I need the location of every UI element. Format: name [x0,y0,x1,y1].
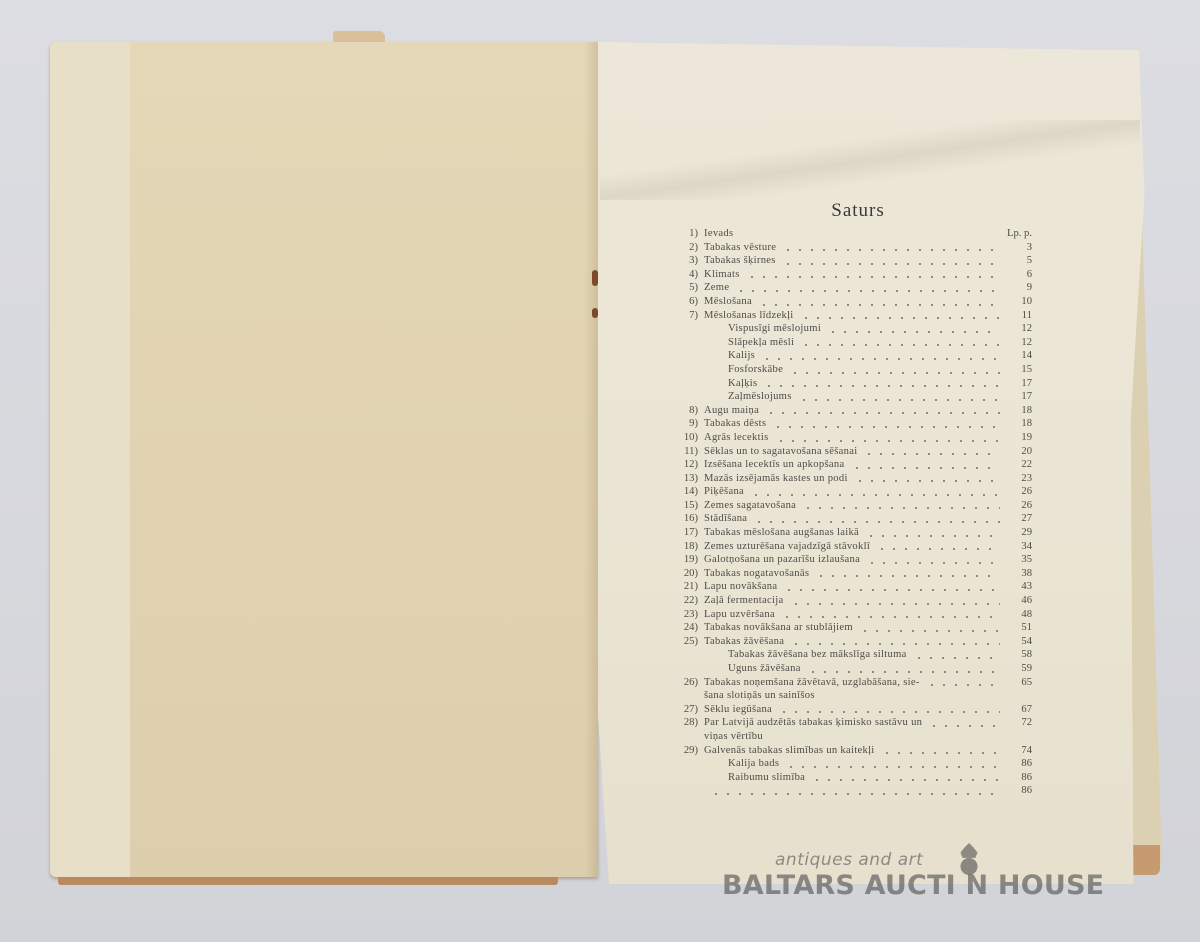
toc-entry: Kalijs14 [672,349,1032,363]
toc-entry-title: Tabakas žāvēšana bez mākslīga siltuma [704,648,907,662]
toc-entry-page: 59 [1006,662,1032,676]
toc-entry: Kalija bads86 [672,757,1032,771]
toc-entry-number: 9) [672,417,704,431]
toc-entry-page: 9 [1006,281,1032,295]
toc-entry-page: 12 [1006,322,1032,336]
toc-entry-title: Tabakas noņemšana žāvētavā, uzglabāšana,… [704,676,920,690]
toc-entry-title: Zaļā fermentacija [704,594,784,608]
leader-dots [811,779,1000,781]
toc-entry-title: Zeme [704,281,729,295]
toc-entry: 4)Klimats6 [672,268,1032,282]
toc-entry: 14)Piķēšana26 [672,485,1032,499]
toc-entry: Tabakas žāvēšana bez mākslīga siltuma58 [672,648,1032,662]
toc-entry: 22)Zaļā fermentacija46 [672,594,1032,608]
toc-entry-page: 38 [1006,567,1032,581]
leader-dots [913,657,1000,659]
toc-entry-title: Lapu uzvēršana [704,608,775,622]
toc-entry-title: Mēslošanas līdzekļi [704,309,794,323]
toc-entry-number: 16) [672,512,704,526]
toc-entry: Fosforskābe15 [672,363,1032,377]
leader-dots [851,467,1001,469]
leader-dots [863,453,1000,455]
toc-entry-page: 22 [1006,458,1032,472]
leader-dots [928,725,1000,727]
toc-entry: 19)Galotņošana un pazarīšu izlaušana35 [672,553,1032,567]
leader-dots [854,480,1000,482]
toc-entry: viņas vērtību [672,730,1032,744]
toc-entry-page: 27 [1006,512,1032,526]
toc-entry: 3)Tabakas šķirnes5 [672,254,1032,268]
toc-entry-page: 72 [1006,716,1032,730]
toc-entry-title: Tabakas dēsts [704,417,766,431]
toc-entry: 1)Ievads [672,227,1032,241]
leader-dots [785,766,1000,768]
toc-entry: 12)Izsēšana lecektīs un apkopšana22 [672,458,1032,472]
toc-entry: 15)Zemes sagatavošana26 [672,499,1032,513]
toc-entry: Kaļķis17 [672,377,1032,391]
rust-stain [592,308,598,318]
leader-dots [789,372,1000,374]
toc-entry-number: 5) [672,281,704,295]
toc-entry-title: Sēklas un to sagatavošana sēšanai [704,445,857,459]
toc-entry-page: 48 [1006,608,1032,622]
toc-entry-number: 23) [672,608,704,622]
toc-entry-page: 20 [1006,445,1032,459]
toc-entry-number: 6) [672,295,704,309]
toc-entry-title: Slāpekļa mēsli [704,336,794,350]
leader-dots [859,630,1000,632]
toc-entry-title: Agrās lecektis [704,431,769,445]
toc-entry-page: 26 [1006,499,1032,513]
leader-dots [881,752,1000,754]
toc-entry-title: Klimats [704,268,740,282]
toc-entry: 2)Tabakas vēsture3 [672,241,1032,255]
toc-entry-number: 19) [672,553,704,567]
toc-entry-title: Zemes uzturēšana vajadzīgā stāvoklī [704,540,870,554]
toc-entry-title: Mēslošana [704,295,752,309]
watermark-tagline: antiques and art [775,850,923,870]
toc-entry-number: 13) [672,472,704,486]
leader-dots [772,426,1000,428]
toc-entry-number: 8) [672,404,704,418]
toc-entry-title: Fosforskābe [704,363,783,377]
toc-entry-number: 27) [672,703,704,717]
toc-entry-title: šana slotiņās un sainīšos [704,689,815,703]
toc-entry-number: 24) [672,621,704,635]
toc-entry-page: 18 [1006,417,1032,431]
toc-entry: 26)Tabakas noņemšana žāvētavā, uzglabāša… [672,676,1032,690]
toc-entry-page: 3 [1006,241,1032,255]
toc-entry-page: 74 [1006,744,1032,758]
toc-entry-number: 7) [672,309,704,323]
toc-entry: Vispusīgi mēslojumi12 [672,322,1032,336]
toc-entry-page: 54 [1006,635,1032,649]
toc-entry: 5)Zeme9 [672,281,1032,295]
toc-entry: 8)Augu maiņa18 [672,404,1032,418]
toc-entry-title: Galotņošana un pazarīšu izlaušana [704,553,860,567]
toc-entry-title: Tabakas nogatavošanās [704,567,809,581]
leader-dots [763,385,1000,387]
toc-entry-title: Kalijs [704,349,755,363]
toc-entry-page: 35 [1006,553,1032,567]
leader-dots [802,507,1000,509]
left-page-margin-strip [50,42,130,877]
page-crease-shadow [600,120,1140,200]
leader-dots [807,671,1000,673]
spine-shadow [584,42,598,877]
leader-dots [926,684,1000,686]
toc-entry-page: 51 [1006,621,1032,635]
toc-entry-number: 21) [672,580,704,594]
toc-entry-title: Galvenās tabakas slimības un kaitekļi [704,744,875,758]
toc-entry: 6)Mēslošana10 [672,295,1032,309]
toc-entry-page: 17 [1006,390,1032,404]
toc-entry: 20)Tabakas nogatavošanās38 [672,567,1032,581]
left-page-blank [50,42,598,877]
toc-entry-page: 19 [1006,431,1032,445]
leader-dots [827,331,1000,333]
cover-bottom-edge [58,877,558,885]
toc-entry-number: 12) [672,458,704,472]
leader-dots [782,263,1000,265]
toc-entry-page: 58 [1006,648,1032,662]
toc-entry: 10)Agrās lecektis19 [672,431,1032,445]
toc-entry-title: Piķēšana [704,485,744,499]
toc-entry-page: 43 [1006,580,1032,594]
toc-entry-page: 5 [1006,254,1032,268]
toc-entry-page: 18 [1006,404,1032,418]
toc-entry-title: Raibumu slimība [704,771,805,785]
leader-dots [798,399,1000,401]
toc-entry: 16)Stādīšana27 [672,512,1032,526]
toc-entry-page: 65 [1006,676,1032,690]
toc-entry-number: 22) [672,594,704,608]
toc-entry: Uguns žāvēšana59 [672,662,1032,676]
toc-entry-title: Tabakas žāvēšana [704,635,784,649]
toc-entry-number: 29) [672,744,704,758]
leader-dots [765,412,1000,414]
toc-entry-page: 17 [1006,377,1032,391]
leader-dots [815,575,1000,577]
toc-entry: Raibumu slimība86 [672,771,1032,785]
toc-entry-number: 26) [672,676,704,690]
toc-entry-title: Ievads [704,227,733,241]
leader-dots [750,494,1000,496]
toc-entry-number: 14) [672,485,704,499]
leader-dots [790,643,1000,645]
leader-dots [746,276,1000,278]
toc-title: Saturs [808,200,908,222]
toc-entry-page: 86 [1006,784,1032,798]
toc-entry-number: 4) [672,268,704,282]
leader-dots [778,711,1000,713]
toc-entry-title: Tabakas mēslošana augšanas laikā [704,526,859,540]
toc-entry-page: 6 [1006,268,1032,282]
leader-dots [876,548,1000,550]
toc-entry-number: 18) [672,540,704,554]
leader-dots [735,290,1000,292]
toc-entry-page: 11 [1006,309,1032,323]
leader-dots [866,562,1000,564]
leader-dots [800,317,1000,319]
toc-entry-page: 14 [1006,349,1032,363]
left-page-body [130,42,598,877]
toc-entry: 7)Mēslošanas līdzekļi11 [672,309,1032,323]
toc-entry: 24)Tabakas novākšana ar stublājiem51 [672,621,1032,635]
toc-entry: 21)Lapu novākšana43 [672,580,1032,594]
toc-entry: 9)Tabakas dēsts18 [672,417,1032,431]
toc-entry-title: Par Latvijā audzētās tabakas ķimisko sas… [704,716,922,730]
watermark-name: BALTARS AUCTI N HOUSE [722,870,1104,901]
toc-entry-page: 86 [1006,757,1032,771]
toc-entry: 29)Galvenās tabakas slimības un kaitekļi… [672,744,1032,758]
table-of-contents: Lp. p. 1)Ievads2)Tabakas vēsture33)Tabak… [672,227,1032,798]
toc-entry: 25)Tabakas žāvēšana54 [672,635,1032,649]
toc-entry-title: Vispusīgi mēslojumi [704,322,821,336]
toc-entry-number: 1) [672,227,704,241]
toc-entry-title: Uguns žāvēšana [704,662,801,676]
toc-entry-page: 67 [1006,703,1032,717]
toc-entry: šana slotiņās un sainīšos [672,689,1032,703]
leader-dots [758,304,1000,306]
toc-entry-number: 25) [672,635,704,649]
toc-entry: 23)Lapu uzvēršana48 [672,608,1032,622]
toc-entry-title: Augu maiņa [704,404,759,418]
rust-stain [592,270,598,286]
toc-entry: Slāpekļa mēsli12 [672,336,1032,350]
toc-entry-title: Tabakas šķirnes [704,254,776,268]
toc-entry-number: 2) [672,241,704,255]
toc-entry-number: 20) [672,567,704,581]
toc-entry-page: 34 [1006,540,1032,554]
leader-dots [753,521,1000,523]
toc-entry-number: 3) [672,254,704,268]
toc-entry: Zaļmēslojums17 [672,390,1032,404]
toc-entry-number: 15) [672,499,704,513]
toc-entry: 11)Sēklas un to sagatavošana sēšanai20 [672,445,1032,459]
leader-dots [710,793,1000,795]
toc-entry-page: 29 [1006,526,1032,540]
toc-entry-title: Mazās izsējamās kastes un podi [704,472,848,486]
toc-entry: 17)Tabakas mēslošana augšanas laikā29 [672,526,1032,540]
leader-dots [781,616,1000,618]
leader-dots [790,603,1001,605]
toc-entry: 27)Sēklu iegūšana67 [672,703,1032,717]
toc-entry-title: Zemes sagatavošana [704,499,796,513]
toc-entry-title: Sēklu iegūšana [704,703,772,717]
crown-icon [951,843,987,875]
toc-entry-title: Tabakas novākšana ar stublājiem [704,621,853,635]
toc-entry-page: 86 [1006,771,1032,785]
toc-entry-title: Lapu novākšana [704,580,777,594]
toc-entry-title: Kalija bads [704,757,779,771]
toc-entry: 13)Mazās izsējamās kastes un podi23 [672,472,1032,486]
toc-entry-number: 10) [672,431,704,445]
toc-entry-title: Kaļķis [704,377,757,391]
toc-entry: 18)Zemes uzturēšana vajadzīgā stāvoklī34 [672,540,1032,554]
toc-entry-page: 23 [1006,472,1032,486]
toc-entry-number: 17) [672,526,704,540]
toc-entry-page: 46 [1006,594,1032,608]
leader-dots [783,589,1000,591]
leader-dots [782,249,1000,251]
toc-entry-page: 10 [1006,295,1032,309]
toc-entry: 28)Par Latvijā audzētās tabakas ķimisko … [672,716,1032,730]
leader-dots [761,358,1000,360]
toc-entry-page: 26 [1006,485,1032,499]
leader-dots [865,535,1000,537]
leader-dots [775,440,1000,442]
toc-entry-title: viņas vērtību [704,730,763,744]
toc-entry-title: Zaļmēslojums [704,390,792,404]
toc-entry-number: 11) [672,445,704,459]
toc-entry-title: Tabakas vēsture [704,241,776,255]
toc-entry-title: Stādīšana [704,512,747,526]
leader-dots [800,344,1000,346]
toc-entry: 86 [672,784,1032,798]
toc-entry-title: Izsēšana lecektīs un apkopšana [704,458,845,472]
toc-entry-number: 28) [672,716,704,730]
toc-entry-page: 15 [1006,363,1032,377]
toc-entry-page: 12 [1006,336,1032,350]
